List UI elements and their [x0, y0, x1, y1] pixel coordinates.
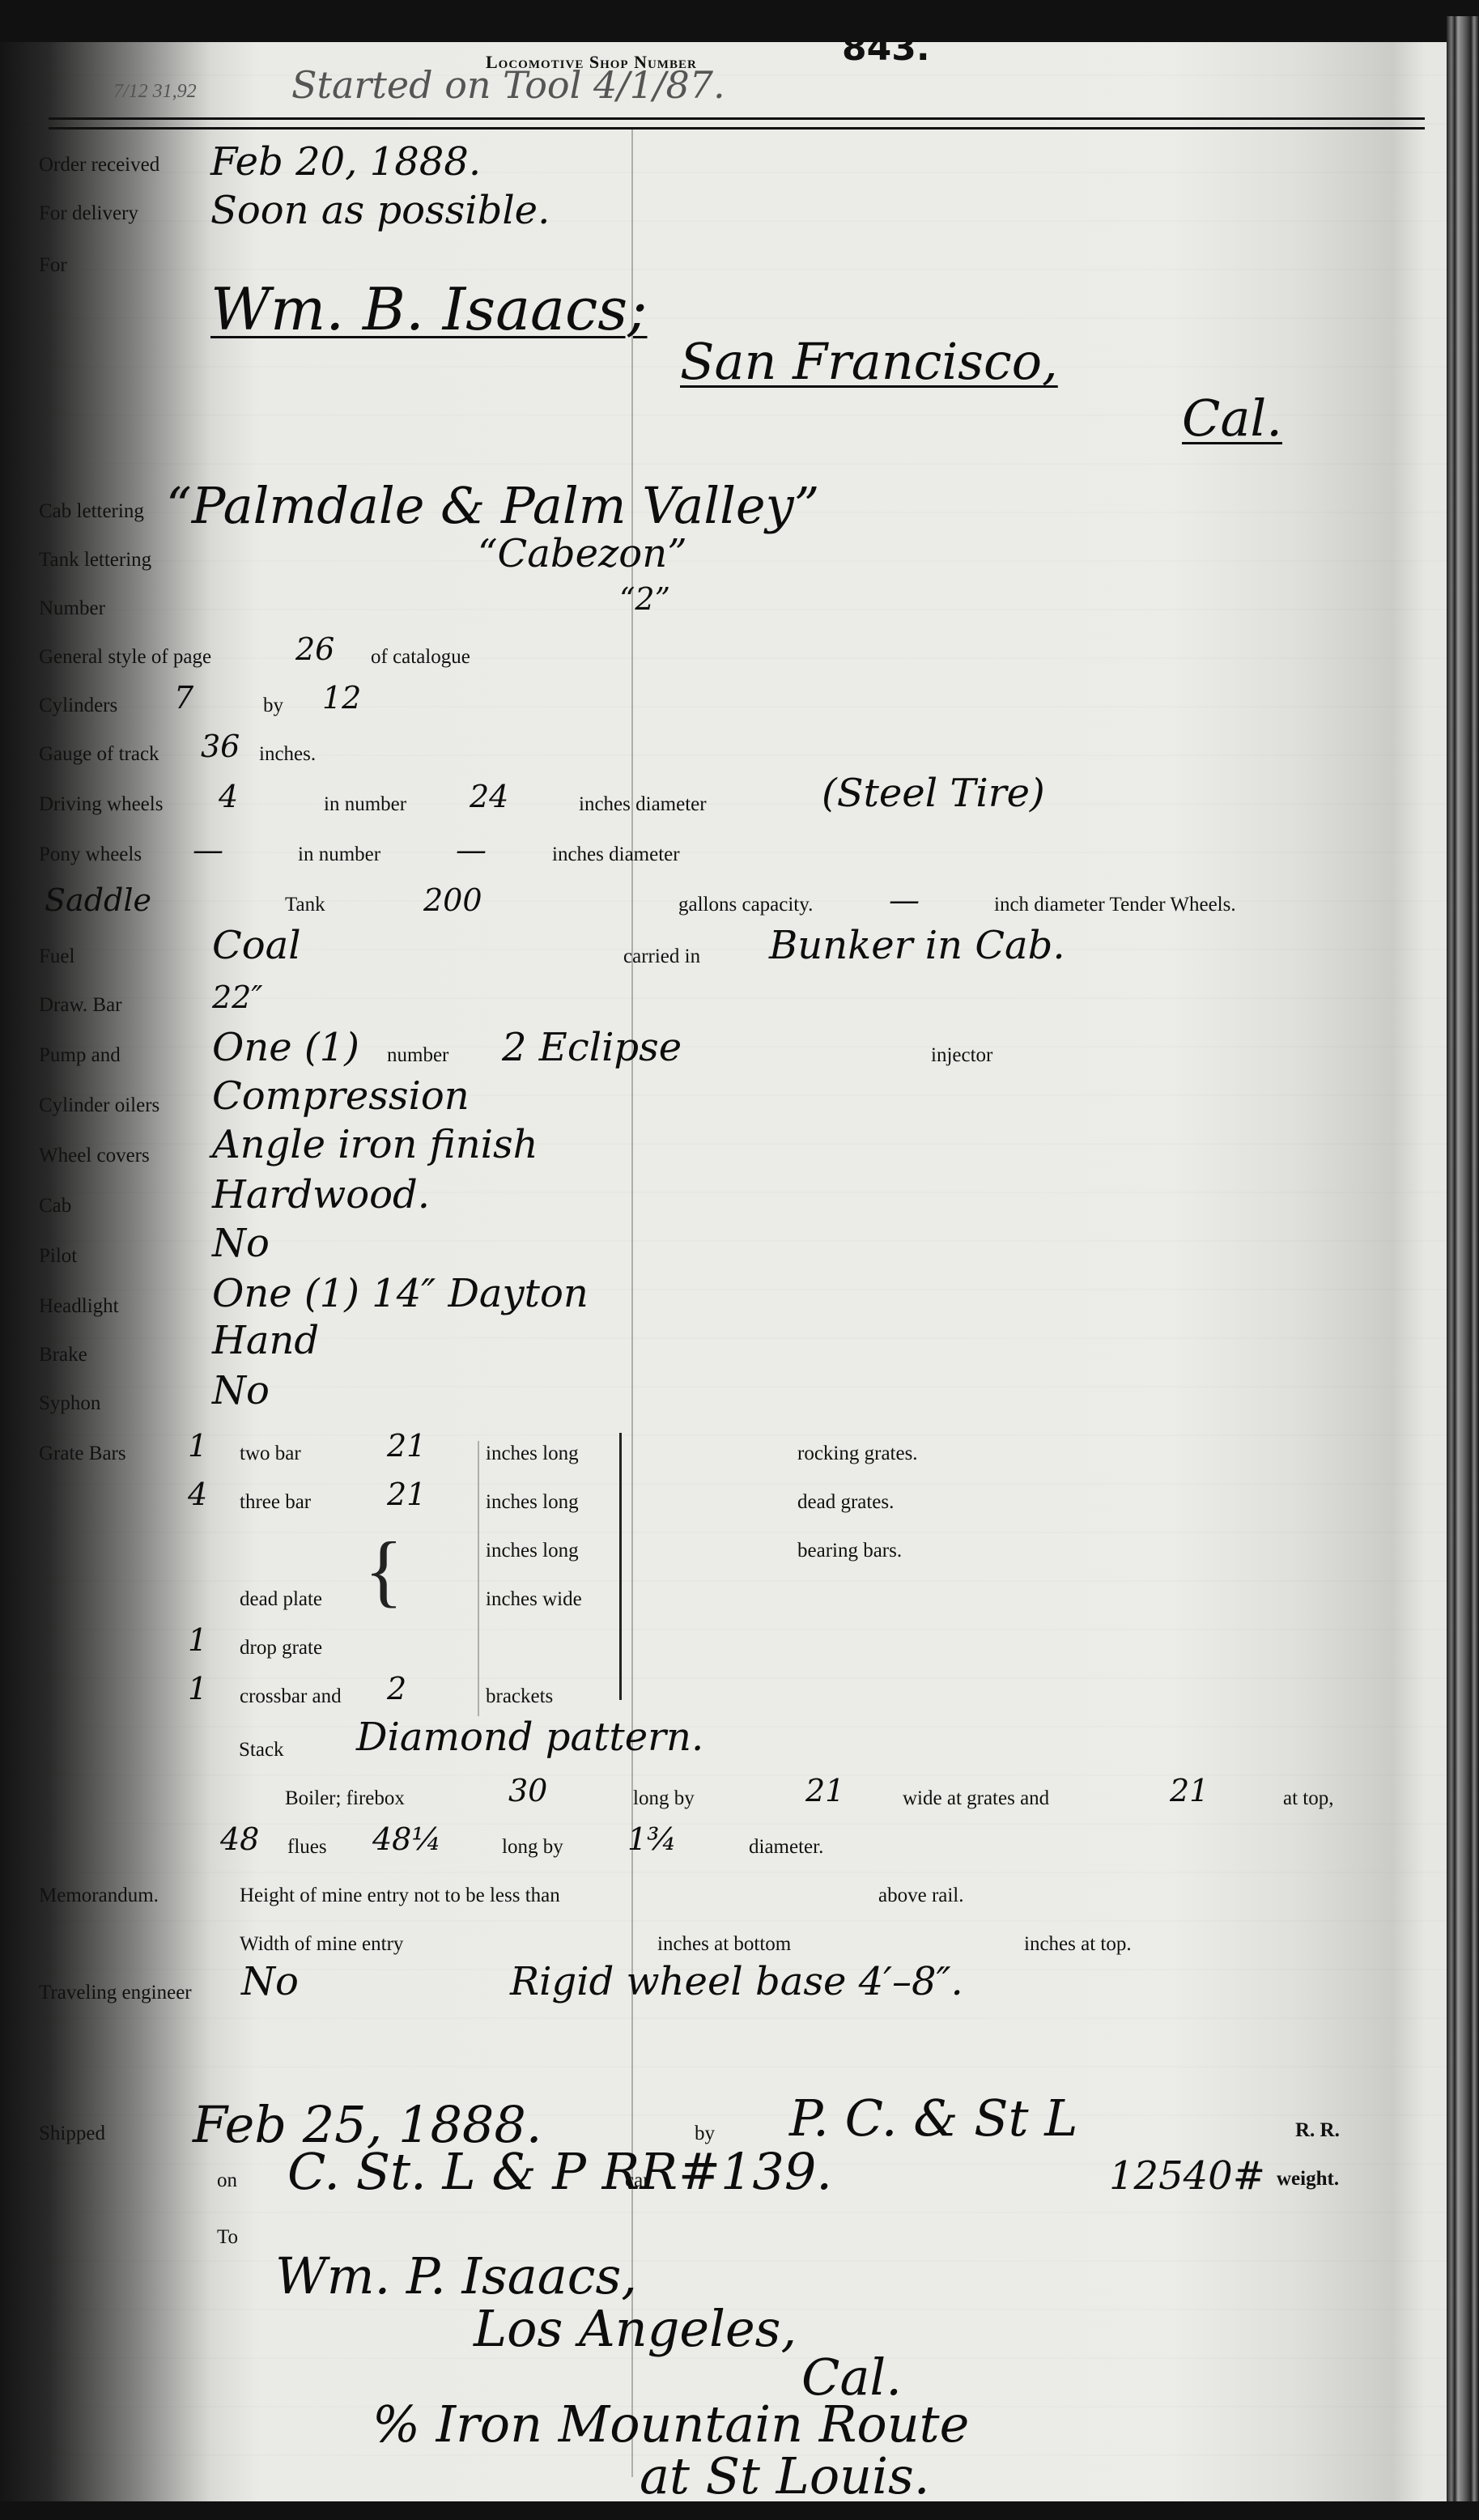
- route-line-2: at St Louis.: [640, 2446, 929, 2505]
- tank-lettering-value: “Cabezon”: [478, 531, 687, 576]
- tank-lettering-label: Tank lettering: [39, 549, 151, 572]
- brake-label: Brake: [39, 1344, 87, 1366]
- oilers-label: Cylinder oilers: [39, 1094, 159, 1117]
- grate-row-unit: inches long: [486, 1540, 579, 1562]
- grate-row-right: dead grates.: [797, 1491, 894, 1514]
- grate-row-right: rocking grates.: [797, 1443, 918, 1465]
- driving-wheels-diameter: 24: [470, 779, 508, 814]
- stack-value: Diamond pattern.: [356, 1715, 703, 1760]
- style-value: 26: [295, 631, 334, 667]
- grate-row-unit: inches long: [486, 1491, 579, 1514]
- pump-value: One (1): [212, 1025, 359, 1070]
- cylinders-label: Cylinders: [39, 695, 117, 717]
- above-rail-label: above rail.: [878, 1885, 964, 1907]
- grate-row-qty: 1: [188, 1428, 207, 1464]
- carried-in-value: Bunker in Cab.: [769, 923, 1065, 968]
- carrier-value: P. C. & St L: [789, 2089, 1077, 2148]
- firebox-width-top: 21: [1170, 1773, 1209, 1808]
- gallons-label: gallons capacity.: [678, 894, 813, 916]
- grate-row-size: 2: [387, 1671, 406, 1706]
- pony-wheels-label: Pony wheels: [39, 844, 142, 866]
- grate-row-item: drop grate: [240, 1637, 322, 1659]
- cylinders-bore: 7: [174, 680, 193, 716]
- grate-row-item: dead plate: [240, 1588, 322, 1611]
- pump-label: Pump and: [39, 1044, 121, 1067]
- dead-plate-brace: {: [364, 1530, 403, 1611]
- tank-type: Saddle: [45, 882, 151, 918]
- pilot-label: Pilot: [39, 1245, 77, 1268]
- customer-name: Wm. B. Isaacs;: [210, 275, 648, 343]
- drawbar-label: Draw. Bar: [39, 994, 122, 1017]
- to-label: To: [217, 2226, 238, 2249]
- wheel-covers-value: Angle iron finish: [212, 1122, 538, 1167]
- weight-value: 12540#: [1109, 2153, 1265, 2199]
- customer-state: Cal.: [1182, 389, 1282, 448]
- injector-value: 2 Eclipse: [502, 1025, 682, 1070]
- fuel-label: Fuel: [39, 946, 74, 968]
- flues-long-by: long by: [502, 1836, 563, 1859]
- pony-wheels-diameter: —: [456, 832, 487, 868]
- shipped-label: Shipped: [39, 2123, 105, 2145]
- gauge-value: 36: [201, 729, 240, 764]
- grate-row-qty: 1: [188, 1671, 207, 1706]
- car-number: #139.: [678, 2142, 832, 2201]
- fuel-value: Coal: [212, 923, 301, 968]
- inches-at-bottom-label: inches at bottom: [657, 1933, 791, 1956]
- order-received-value: Feb 20, 1888.: [210, 139, 481, 185]
- inches-diameter-label: inches diameter: [579, 793, 707, 816]
- firebox-label: Boiler; firebox: [285, 1787, 405, 1810]
- grate-row-unit: inches wide: [486, 1588, 582, 1611]
- syphon-value: No: [212, 1368, 270, 1413]
- flues-label: flues: [287, 1836, 327, 1859]
- header-rule: [49, 117, 1425, 130]
- cab-lettering-label: Cab lettering: [39, 500, 144, 523]
- margin-note: 7/12 31,92: [113, 81, 197, 103]
- wheelbase-note: Rigid wheel base 4′–8″.: [510, 1959, 963, 2004]
- on-value: C. St. L & P RR: [287, 2142, 678, 2201]
- flues-diameter: 1¾: [627, 1821, 677, 1857]
- on-label: on: [217, 2169, 237, 2192]
- in-number-label: in number: [324, 793, 406, 816]
- flues-count: 48: [220, 1821, 259, 1857]
- to-city: Los Angeles,: [474, 2299, 797, 2358]
- headlight-label: Headlight: [39, 1295, 119, 1318]
- grate-row-size: 21: [387, 1477, 426, 1512]
- inches-diameter-label: inches diameter: [552, 844, 680, 866]
- inches-at-top-label: inches at top.: [1024, 1933, 1132, 1956]
- style-label: General style of page: [39, 646, 211, 669]
- number-label: Number: [39, 597, 105, 620]
- column-guide: [478, 1441, 479, 1716]
- gauge-label: Gauge of track: [39, 743, 159, 766]
- wheel-covers-label: Wheel covers: [39, 1145, 150, 1167]
- syphon-label: Syphon: [39, 1392, 100, 1415]
- memorandum-label: Memorandum.: [39, 1885, 159, 1907]
- firebox-width-grates: 21: [805, 1773, 844, 1808]
- driving-wheels-note: (Steel Tire): [822, 771, 1045, 816]
- diameter-label: diameter.: [749, 1836, 823, 1859]
- grate-row-right: bearing bars.: [797, 1540, 902, 1562]
- car-label: car: [625, 2169, 650, 2192]
- tender-wheels-value: —: [889, 882, 920, 918]
- drawbar-value: 22″: [212, 980, 263, 1015]
- firebox-long-by: long by: [633, 1787, 695, 1810]
- injector-label: injector: [931, 1044, 992, 1067]
- grate-row-item: three bar: [240, 1491, 311, 1514]
- grate-row-unit: inches long: [486, 1443, 579, 1465]
- at-top-label: at top,: [1283, 1787, 1334, 1810]
- flues-length: 48¼: [372, 1821, 441, 1857]
- rr-label: R. R.: [1295, 2119, 1340, 2142]
- grate-row-unit: brackets: [486, 1685, 553, 1708]
- cab-value: Hardwood.: [212, 1172, 430, 1218]
- cylinders-stroke: 12: [322, 680, 361, 716]
- tank-capacity: 200: [423, 882, 482, 918]
- weight-label: weight.: [1277, 2168, 1339, 2191]
- gauge-suffix: inches.: [259, 743, 316, 766]
- style-suffix: of catalogue: [371, 646, 470, 669]
- grate-row-size: 21: [387, 1428, 426, 1464]
- for-label: For: [39, 254, 67, 277]
- delivery-label: For delivery: [39, 202, 138, 225]
- driving-wheels-label: Driving wheels: [39, 793, 163, 816]
- route-line-1: % Iron Mountain Route: [372, 2395, 969, 2454]
- delivery-value: Soon as possible.: [210, 188, 550, 233]
- wide-at-grates-label: wide at grates and: [903, 1787, 1049, 1810]
- number-value: “2”: [619, 581, 670, 617]
- tank-label: Tank: [285, 894, 325, 916]
- pony-wheels-count: —: [193, 832, 223, 868]
- cylinders-by: by: [263, 695, 283, 717]
- pump-number-label: number: [387, 1044, 448, 1067]
- shop-number-label: Locomotive Shop Number: [486, 52, 697, 73]
- traveling-engineer-label: Traveling engineer: [39, 1982, 192, 2004]
- book-binding-edge: [1447, 16, 1479, 2518]
- driving-wheels-count: 4: [219, 779, 238, 814]
- customer-city: San Francisco,: [680, 332, 1058, 391]
- cab-lettering-value: “Palmdale & Palm Valley”: [166, 476, 819, 535]
- carried-in-label: carried in: [623, 946, 700, 968]
- pilot-value: No: [212, 1221, 270, 1266]
- grate-divider: [619, 1433, 622, 1700]
- oilers-value: Compression: [212, 1073, 470, 1119]
- mine-width-text: Width of mine entry: [240, 1933, 403, 1956]
- grate-row-item: crossbar and: [240, 1685, 342, 1708]
- to-name: Wm. P. Isaacs,: [275, 2246, 637, 2305]
- shop-number: 843.: [842, 28, 930, 69]
- grate-row-qty: 4: [188, 1477, 207, 1512]
- grate-bars-label: Grate Bars: [39, 1443, 126, 1465]
- scan-top-shadow: [0, 0, 1479, 49]
- tender-wheels-label: inch diameter Tender Wheels.: [994, 894, 1236, 916]
- stack-label: Stack: [239, 1739, 284, 1761]
- mine-height-text: Height of mine entry not to be less than: [240, 1885, 560, 1907]
- headlight-value: One (1) 14″ Dayton: [212, 1271, 589, 1316]
- grate-row-qty: 1: [188, 1622, 207, 1658]
- in-number-label: in number: [298, 844, 380, 866]
- traveling-engineer-value: No: [241, 1959, 299, 2004]
- order-received-label: Order received: [39, 154, 159, 176]
- cab-label: Cab: [39, 1195, 71, 1218]
- grate-row-item: two bar: [240, 1443, 301, 1465]
- firebox-length: 30: [508, 1773, 547, 1808]
- brake-value: Hand: [212, 1318, 319, 1363]
